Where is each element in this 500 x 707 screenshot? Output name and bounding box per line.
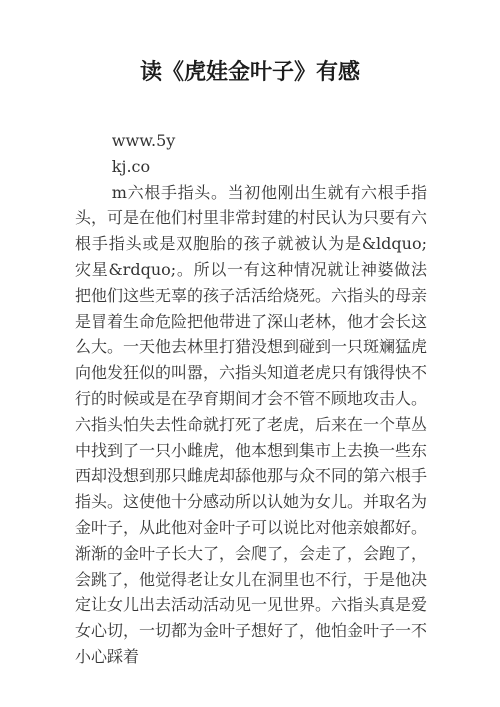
paragraph-watermark-line-2: kj.co bbox=[75, 154, 427, 180]
article-body: www.5y kj.co m六根手指头。当初他刚出生就有六根手指头，可是在他们村… bbox=[75, 128, 427, 670]
document-page: 读《虎娃金叶子》有感 www.5y kj.co m六根手指头。当初他刚出生就有六… bbox=[0, 0, 500, 707]
paragraph-watermark-line-1: www.5y bbox=[75, 128, 427, 154]
paragraph-essay-text: m六根手指头。当初他刚出生就有六根手指头，可是在他们村里非常封建的村民认为只要有… bbox=[75, 180, 427, 670]
page-title: 读《虎娃金叶子》有感 bbox=[0, 0, 500, 87]
